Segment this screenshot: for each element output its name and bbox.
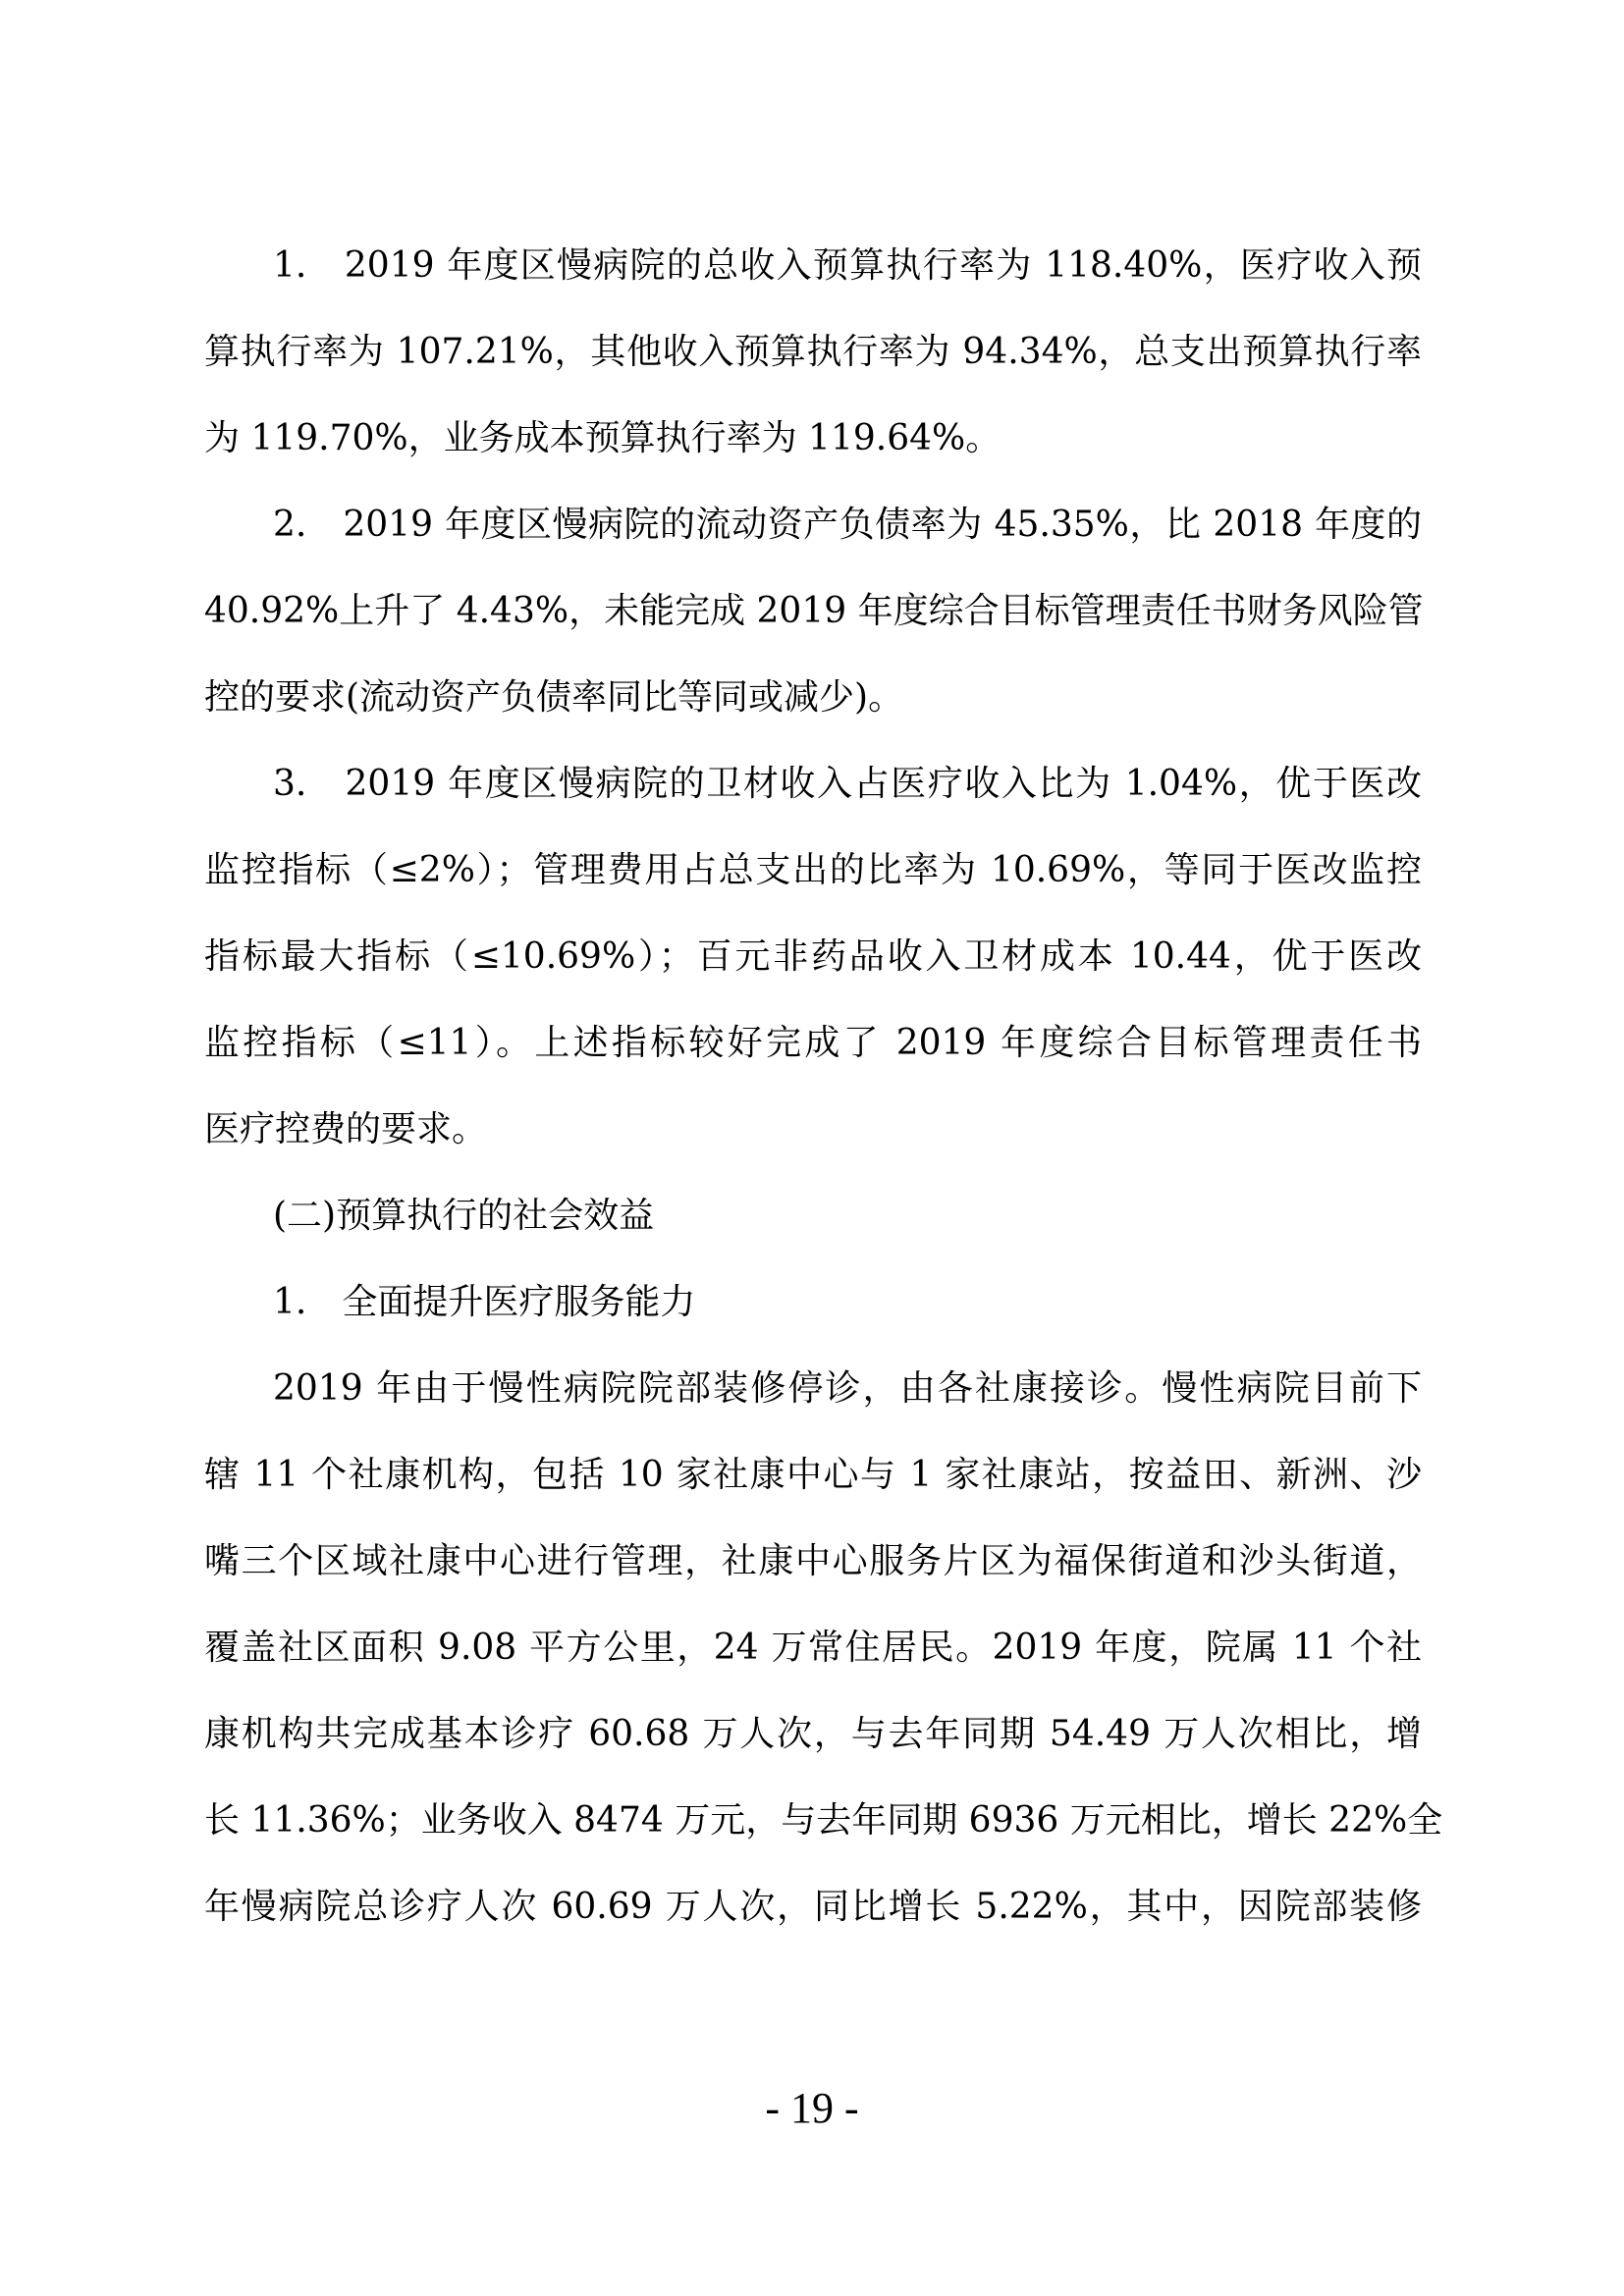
item-3-line-5: 医疗控费的要求。	[204, 1105, 1422, 1154]
item-2-line-1: 2. 2019 年度区慢病院的流动资产负债率为 45.35%，比 2018 年度…	[273, 501, 1422, 550]
item-1-line-3: 为 119.70%，业务成本预算执行率为 119.64%。	[204, 414, 1422, 463]
paragraph-line-1: 2019 年由于慢性病院院部装修停诊，由各社康接诊。慢性病院目前下	[273, 1364, 1422, 1414]
page-number: - 19 -	[0, 2079, 1624, 2138]
paragraph-line-6: 长 11.36%；业务收入 8474 万元，与去年同期 6936 万元相比，增长…	[204, 1796, 1422, 1845]
item-2-line-2: 40.92%上升了 4.43%，未能完成 2019 年度综合目标管理责任书财务风…	[204, 587, 1422, 636]
item-2-line-3: 控的要求(流动资产负债率同比等同或减少)。	[204, 673, 1422, 722]
paragraph-line-3: 嘴三个区域社康中心进行管理，社康中心服务片区为福保街道和沙头街道，	[204, 1537, 1422, 1586]
paragraph-line-5: 康机构共完成基本诊疗 60.68 万人次，与去年同期 54.49 万人次相比，增	[204, 1710, 1422, 1759]
paragraph-line-7: 年慢病院总诊疗人次 60.69 万人次，同比增长 5.22%，其中，因院部装修	[204, 1883, 1422, 1932]
paragraph-line-4: 覆盖社区面积 9.08 平方公里，24 万常住居民。2019 年度，院属 11 …	[204, 1624, 1422, 1673]
document-page: 1. 2019 年度区慢病院的总收入预算执行率为 118.40%，医疗收入预 算…	[0, 0, 1624, 2296]
item-1-line-1: 1. 2019 年度区慢病院的总收入预算执行率为 118.40%，医疗收入预	[273, 241, 1422, 291]
section-heading: (二)预算执行的社会效益	[273, 1192, 1422, 1241]
item-1-line-2: 算执行率为 107.21%，其他收入预算执行率为 94.34%，总支出预算执行率	[204, 328, 1422, 377]
section-subheading: 1. 全面提升医疗服务能力	[273, 1278, 1422, 1327]
item-3-line-3: 指标最大指标（≤10.69%）；百元非药品收入卫材成本 10.44，优于医改	[204, 933, 1422, 982]
item-3-line-4: 监控指标（≤11）。上述指标较好完成了 2019 年度综合目标管理责任书	[204, 1019, 1422, 1068]
item-3-line-1: 3. 2019 年度区慢病院的卫材收入占医疗收入比为 1.04%，优于医改	[273, 760, 1422, 809]
paragraph-line-2: 辖 11 个社康机构，包括 10 家社康中心与 1 家社康站，按益田、新洲、沙	[204, 1451, 1422, 1500]
item-3-line-2: 监控指标（≤2%）；管理费用占总支出的比率为 10.69%，等同于医改监控	[204, 846, 1422, 895]
